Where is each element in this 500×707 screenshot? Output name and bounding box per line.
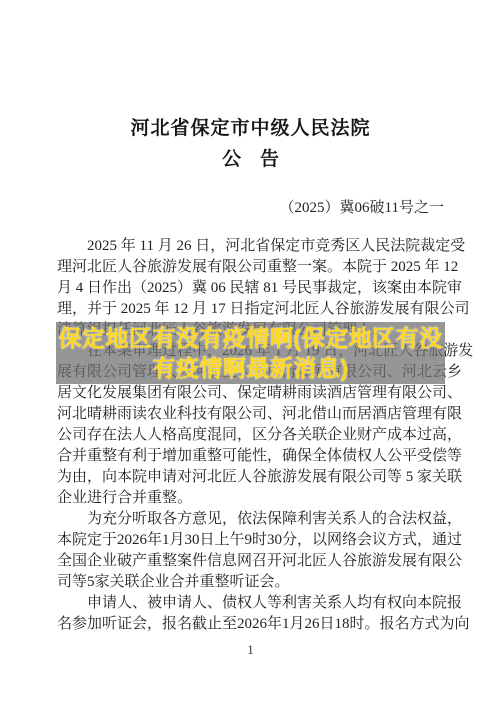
body-text-line: 理，并于 2025 年 12 月 17 日指定河北匠人谷旅游发展有限公司 [57, 299, 444, 320]
notice-title: 公 告 [57, 144, 444, 171]
body-text-line: 为由，向本院申请对河北匠人谷旅游发展有限公司等 5 家关联 [57, 467, 444, 488]
body-text-line: 理河北匠人谷旅游发展有限公司重整一案。本院于 2025 年 12 [57, 257, 444, 278]
body-text-line: 企业进行合并重整。 [57, 488, 444, 509]
page-number: 1 [57, 642, 444, 658]
notice-body: 2025 年 11 月 26 日，河北省保定市竞秀区人民法院裁定受 理河北匠人谷… [57, 236, 444, 635]
body-text-line: 合并重整有利于增加重整可能性，确保全体债权人公平受偿等 [57, 446, 444, 467]
body-text-line: 申请人、被申请人、债权人等利害关系人均有权向本院报 [57, 593, 444, 614]
watermark-text-line2: 有疫情啊最新消息) [152, 353, 348, 383]
watermark-text-line1: 保定地区有没有疫情啊(保定地区有没 [58, 323, 442, 353]
document-page: 河北省保定市中级人民法院 公 告 （2025）冀06破11号之一 2025 年 … [0, 0, 500, 707]
court-name-title: 河北省保定市中级人民法院 [57, 113, 444, 140]
body-text-line: 月 4 日作出（2025）冀 06 民辖 81 号民事裁定，该案由本院审 [57, 278, 444, 299]
body-text-line: 为充分听取各方意见，依法保障利害关系人的合法权益， [57, 509, 444, 530]
body-text-line: 全国企业破产重整案件信息网召开河北匠人谷旅游发展有限公 [57, 551, 444, 572]
body-text-line: 河北晴耕雨读农业科技有限公司、河北借山而居酒店管理有限 [57, 404, 444, 425]
body-text-line: 本院定于2026年1月30日上午9时30分，以网络会议方式，通过 [57, 530, 444, 551]
body-text-line: 2025 年 11 月 26 日，河北省保定市竞秀区人民法院裁定受 [57, 236, 444, 257]
body-text-line: 名参加听证会，报名截止至2026年1月26日18时。报名方式为向 [57, 614, 444, 635]
watermark-banner: 保定地区有没有疫情啊(保定地区有没 有疫情啊最新消息) [56, 322, 445, 384]
case-number: （2025）冀06破11号之一 [57, 196, 444, 217]
body-text-line: 居文化发展集团有限公司、保定晴耕雨读酒店管理有限公司、 [57, 383, 444, 404]
body-text-line: 司等5家关联企业合并重整听证会。 [57, 572, 444, 593]
body-text-line: 公司存在法人人格高度混同，区分各关联企业财产成本过高， [57, 425, 444, 446]
